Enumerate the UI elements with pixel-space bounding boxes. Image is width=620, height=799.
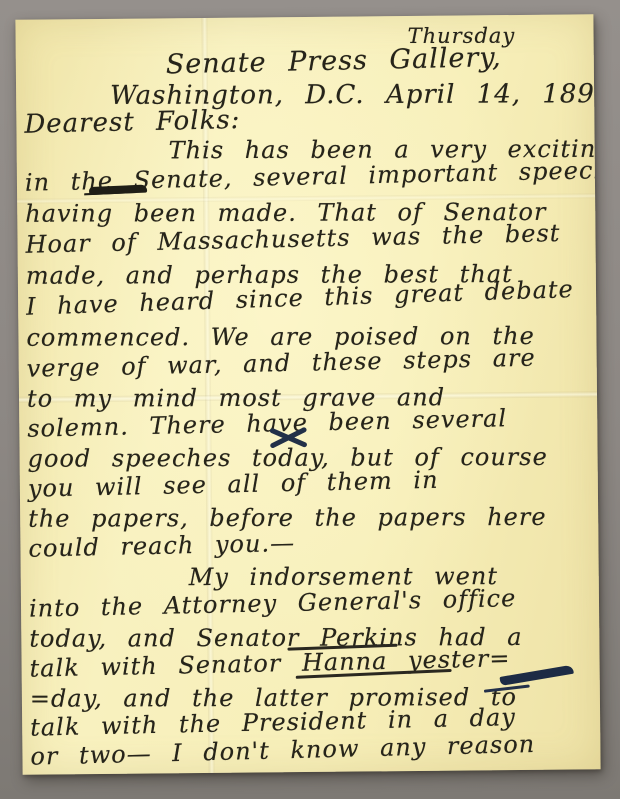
letter-line: into the Attorney General's office: [29, 586, 517, 621]
letter-line: could reach you.—: [28, 531, 295, 561]
letter-line: good speeches today, but of course: [28, 445, 548, 471]
letter-paper: Thursday Senate Press Gallery, Washingto…: [15, 14, 600, 775]
letter-line: the papers, before the papers here: [28, 505, 546, 531]
letter-line: you will see all of them in: [28, 468, 439, 501]
dateline-city-date: Washington, D.C. April 14, 1898: [110, 81, 601, 109]
dateline-location: Senate Press Gallery,: [166, 44, 502, 78]
photo-background: Thursday Senate Press Gallery, Washingto…: [0, 0, 620, 799]
salutation: Dearest Folks:: [24, 107, 241, 138]
